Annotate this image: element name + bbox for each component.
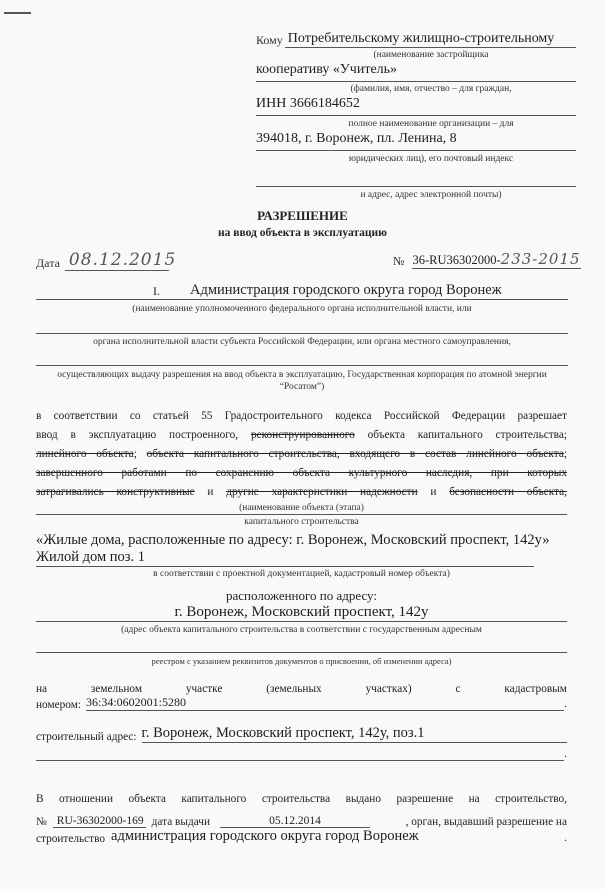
issue-date-label: дата выдачи — [152, 816, 210, 828]
land-word: кадастровым — [504, 683, 567, 695]
issuer-intro: , орган, выдавший разрешение на — [370, 816, 567, 828]
land-block: на земельном участке (земельных участках… — [36, 683, 567, 761]
section-number: I. — [153, 284, 160, 299]
construction-label: строительство — [36, 833, 105, 845]
struck-part-of-linear: объекта капитального строительства, вход… — [147, 448, 564, 460]
object-caption-2: капитального строительства — [36, 517, 567, 527]
construction-permit-line-2: № RU-36302000-169 дата выдачи 05.12.2014… — [36, 809, 567, 828]
object-caption-1: (наименование объекта (этапа) — [36, 503, 567, 513]
recipient-inn: ИНН 3666184652 — [256, 96, 576, 116]
location-caption-2: реестром с указанием реквизитов документ… — [36, 656, 567, 666]
permit-issuer: администрация городского округа город Во… — [111, 828, 564, 845]
text-and: и — [207, 486, 213, 498]
build-address: г. Воронеж, Московский проспект, 142у, п… — [142, 725, 567, 743]
location-block: расположенного по адресу: г. Воронеж, Мо… — [36, 588, 567, 666]
recipient-block: Кому Потребительскому жилищно-строительн… — [256, 28, 576, 200]
permit-line-4: завершенного работами по сохранению объе… — [36, 464, 567, 483]
to-label: Кому — [256, 33, 283, 48]
recipient-line-1: Потребительскому жилищно-строительному — [285, 31, 576, 48]
permit-line-5: затрагивались конструктивные и другие ха… — [36, 483, 567, 502]
struck-structural: затрагивались конструктивные — [36, 486, 195, 498]
semicolon: ; — [564, 448, 567, 460]
date-label: Дата — [36, 256, 60, 271]
build-address-blank-line — [36, 743, 564, 761]
title-sub: на ввод объекта в эксплуатацию — [0, 227, 605, 239]
land-word: участках) — [366, 683, 412, 695]
authority-block: I. Администрация городского округа город… — [36, 280, 568, 393]
text-and: и — [430, 486, 436, 498]
recipient-caption-2: (фамилия, имя, отчество – для граждан, — [286, 84, 576, 94]
land-word: участке — [186, 683, 223, 695]
permit-line-3: линейного объекта; объекта капитального … — [36, 445, 567, 464]
struck-reliability: другие характеристики надежности — [226, 486, 417, 498]
number-field: № 36-RU36302000- 233-2015 — [393, 250, 581, 269]
authority-caption-3: осуществляющих выдачу разрешения на ввод… — [36, 369, 568, 393]
authority-caption-1: (наименование уполномоченного федерально… — [36, 304, 568, 314]
recipient-email-line — [256, 166, 576, 187]
authority-name: Администрация городского округа город Во… — [190, 282, 502, 299]
location-label: расположенного по адресу: — [36, 588, 567, 604]
recipient-caption-1: (наименование застройщика — [286, 50, 576, 60]
permit-line-1: в соответствии со статьей 55 Градостроит… — [36, 407, 567, 426]
build-address-row-2: . — [36, 743, 567, 761]
semicolon: ; — [134, 448, 137, 460]
period: . — [564, 746, 567, 761]
title-main: РАЗРЕШЕНИЕ — [0, 208, 605, 224]
construction-permit-line-3: строительство администрация городского о… — [36, 828, 567, 845]
struck-safety: безопасности объекта, — [449, 486, 567, 498]
land-word: с — [455, 683, 460, 695]
land-word: земельном — [91, 683, 142, 695]
number-label: № — [393, 254, 404, 269]
authority-blank-line-2 — [36, 347, 568, 366]
recipient-caption-5: и адрес, адрес электронной почты) — [286, 190, 576, 200]
period: . — [564, 696, 567, 711]
permit-number-label: № — [36, 816, 47, 828]
location-address: г. Воронеж, Московский проспект, 142у — [36, 604, 567, 622]
struck-linear-object: линейного объекта — [36, 448, 134, 460]
number-handwritten: 233-2015 — [501, 250, 581, 268]
build-address-label: строительный адрес: — [36, 731, 137, 743]
construction-permit-date: 05.12.2014 — [220, 815, 370, 828]
land-word: на — [36, 683, 47, 695]
authority-blank-line-1 — [36, 314, 568, 334]
number-printed: 36-RU36302000- — [412, 253, 500, 268]
authority-caption-2: органа исполнительной власти субъекта Ро… — [36, 337, 568, 347]
object-block: (наименование объекта (этапа) капитально… — [36, 503, 567, 579]
text-capital-object: объекта капитального строительства; — [368, 429, 567, 441]
period: . — [564, 830, 567, 845]
struck-reconstructed: реконструированного — [251, 429, 355, 441]
cadastral-label: номером: — [36, 699, 81, 711]
cadastral-row: номером: 36:34:0602001:5280 . — [36, 695, 567, 711]
object-name-line-2: Жилой дом поз. 1 — [36, 549, 534, 567]
build-address-row: строительный адрес: г. Воронеж, Московск… — [36, 725, 567, 743]
construction-permit-block: В отношении объекта капитального строите… — [36, 790, 567, 845]
construction-permit-number: RU-36302000-169 — [53, 815, 146, 828]
land-words-row: на земельном участке (земельных участках… — [36, 683, 567, 695]
recipient-address: 394018, г. Воронеж, пл. Ленина, 8 — [256, 131, 576, 151]
recipient-line-2: кооперативу «Учитель» — [256, 62, 576, 82]
recipient-caption-4: юридических лиц), его почтовый индекс — [286, 154, 576, 164]
permit-body: в соответствии со статьей 55 Градостроит… — [36, 407, 567, 515]
location-caption-1: (адрес объекта капитального строительств… — [36, 625, 567, 635]
location-blank-line — [36, 635, 567, 653]
object-name-line-1: «Жилые дома, расположенные по адресу: г.… — [36, 532, 567, 549]
date-field: Дата 08.12.2015 — [36, 250, 169, 271]
cadastral-number: 36:34:0602001:5280 — [86, 695, 564, 711]
document-title: РАЗРЕШЕНИЕ на ввод объекта в эксплуатаци… — [0, 208, 605, 239]
permit-line-2: ввод в эксплуатацию построенного, реконс… — [36, 426, 567, 445]
text-built: ввод в эксплуатацию построенного, — [36, 429, 238, 441]
recipient-caption-3: полное наименование организации – для — [286, 119, 576, 129]
date-value: 08.12.2015 — [65, 250, 169, 271]
scan-mark — [4, 12, 31, 14]
construction-permit-line-1: В отношении объекта капитального строите… — [36, 790, 567, 809]
land-word: (земельных — [266, 683, 321, 695]
object-caption-3: в соответствии с проектной документацией… — [36, 569, 567, 579]
